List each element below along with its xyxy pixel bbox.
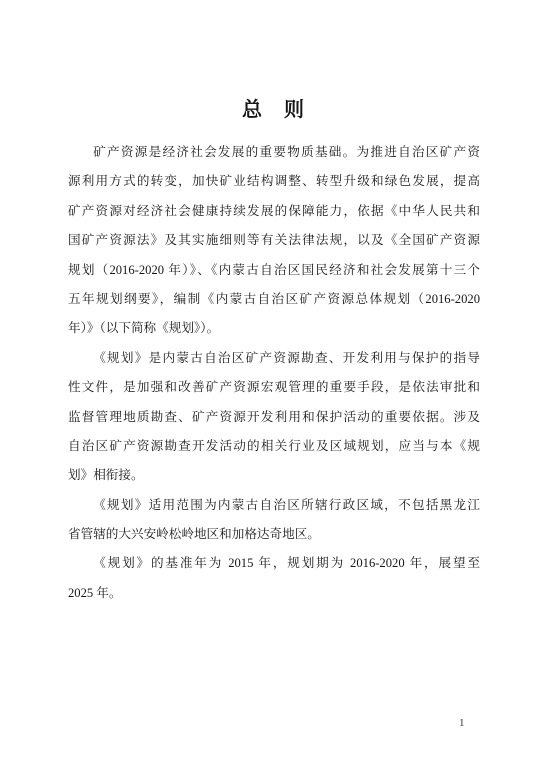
document-body: 矿产资源是经济社会发展的重要物质基础。为推进自治区矿产资 源利用方式的转变，加快… (68, 138, 480, 608)
text-line: 年）》（以下简称《规划》）。 (68, 314, 480, 343)
text-line: 国矿产资源法》及其实施细则等有关法律法规，以及《全国矿产资源 (68, 226, 480, 255)
text-line: 《规划》的基准年为 2015 年，规划期为 2016-2020 年，展望至 (68, 549, 480, 578)
text-line: 省管辖的大兴安岭松岭地区和加格达奇地区。 (68, 520, 480, 549)
page-title: 总 则 (0, 98, 547, 123)
text-line: 监督管理地质勘查、矿产资源开发利用和保护活动的重要依据。涉及 (68, 403, 480, 432)
text-line: 划》相衔接。 (68, 461, 480, 490)
page-number: 1 (459, 716, 465, 730)
text-line: 《规划》是内蒙古自治区矿产资源勘查、开发利用与保护的指导 (68, 344, 480, 373)
text-line: 自治区矿产资源勘查开发活动的相关行业及区域规划，应当与本《规 (68, 432, 480, 461)
text-line: 源利用方式的转变，加快矿业结构调整、转型升级和绿色发展，提高 (68, 167, 480, 196)
text-line: 性文件，是加强和改善矿产资源宏观管理的重要手段，是依法审批和 (68, 373, 480, 402)
text-line: 矿产资源对经济社会健康持续发展的保障能力，依据《中华人民共和 (68, 197, 480, 226)
text-line: 《规划》适用范围为内蒙古自治区所辖行政区域，不包括黑龙江 (68, 491, 480, 520)
text-line: 五年规划纲要》，编制《内蒙古自治区矿产资源总体规划（2016-2020 (68, 285, 480, 314)
text-line: 规划（2016-2020 年）》、《内蒙古自治区国民经济和社会发展第十三个 (68, 256, 480, 285)
text-line: 矿产资源是经济社会发展的重要物质基础。为推进自治区矿产资 (68, 138, 480, 167)
document-page: 总 则 矿产资源是经济社会发展的重要物质基础。为推进自治区矿产资 源利用方式的转… (0, 0, 547, 778)
text-line: 2025 年。 (68, 579, 480, 608)
